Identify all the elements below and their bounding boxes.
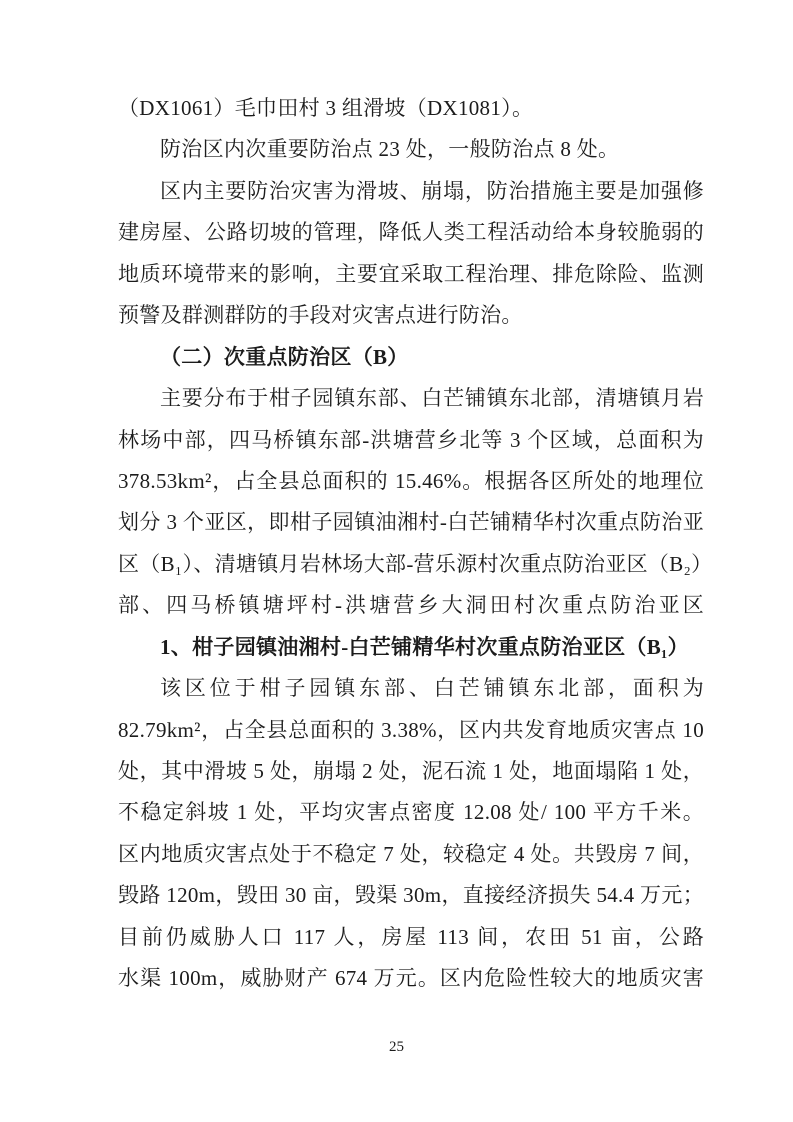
text-line: 地质环境带来的影响，主要宜采取工程治理、排危除险、监测 (118, 254, 704, 295)
text-line: 划分 3 个亚区，即柑子园镇油湘村-白芒铺精华村次重点防治亚 (118, 502, 704, 543)
document-page: （DX1061）毛巾田村 3 组滑坡（DX1081）。防治区内次重要防治点 23… (0, 0, 793, 1122)
text-line: 该区位于柑子园镇东部、白芒铺镇东北部，面积为 (118, 668, 704, 709)
text-line: 部、四马桥镇塘坪村-洪塘营乡大洞田村次重点防治亚区（B₃）。 (118, 585, 704, 626)
text-line: 防治区内次重要防治点 23 处，一般防治点 8 处。 (118, 129, 704, 170)
text-line: 区内主要防治灾害为滑坡、崩塌，防治措施主要是加强修 (118, 171, 704, 212)
text-line: 378.53km²，占全县总面积的 15.46%。根据各区所处的地理位置， (118, 461, 704, 502)
text-line: 水渠 100m，威胁财产 674 万元。区内危险性较大的地质灾害点 (118, 958, 704, 999)
heading-line: 1、柑子园镇油湘村-白芒铺精华村次重点防治亚区（B₁） (118, 627, 704, 668)
text-line: 区（B₁）、清塘镇月岩林场大部-营乐源村次重点防治亚区（B₂） (118, 544, 704, 585)
text-line: 不稳定斜坡 1 处，平均灾害点密度 12.08 处/ 100 平方千米。 (118, 792, 704, 833)
text-line: 预警及群测群防的手段对灾害点进行防治。 (118, 295, 704, 336)
text-line: 82.79km²，占全县总面积的 3.38%，区内共发育地质灾害点 10 (118, 710, 704, 751)
text-line: 目前仍威胁人口 117 人，房屋 113 间，农田 51 亩，公路 330m， (118, 917, 704, 958)
text-line: 处，其中滑坡 5 处，崩塌 2 处，泥石流 1 处，地面塌陷 1 处， (118, 751, 704, 792)
text-line: （DX1061）毛巾田村 3 组滑坡（DX1081）。 (118, 88, 704, 129)
document-body: （DX1061）毛巾田村 3 组滑坡（DX1081）。防治区内次重要防治点 23… (118, 88, 704, 1000)
text-line: 毁路 120m，毁田 30 亩，毁渠 30m，直接经济损失 54.4 万元； (118, 875, 704, 916)
heading-line: （二）次重点防治区（B） (118, 337, 704, 378)
text-line: 主要分布于柑子园镇东部、白芒铺镇东北部，清塘镇月岩 (118, 378, 704, 419)
text-line: 区内地质灾害点处于不稳定 7 处，较稳定 4 处。共毁房 7 间， (118, 834, 704, 875)
text-line: 林场中部，四马桥镇东部-洪塘营乡北等 3 个区域，总面积为 (118, 420, 704, 461)
text-line: 建房屋、公路切坡的管理，降低人类工程活动给本身较脆弱的 (118, 212, 704, 253)
page-number: 25 (0, 1036, 793, 1058)
